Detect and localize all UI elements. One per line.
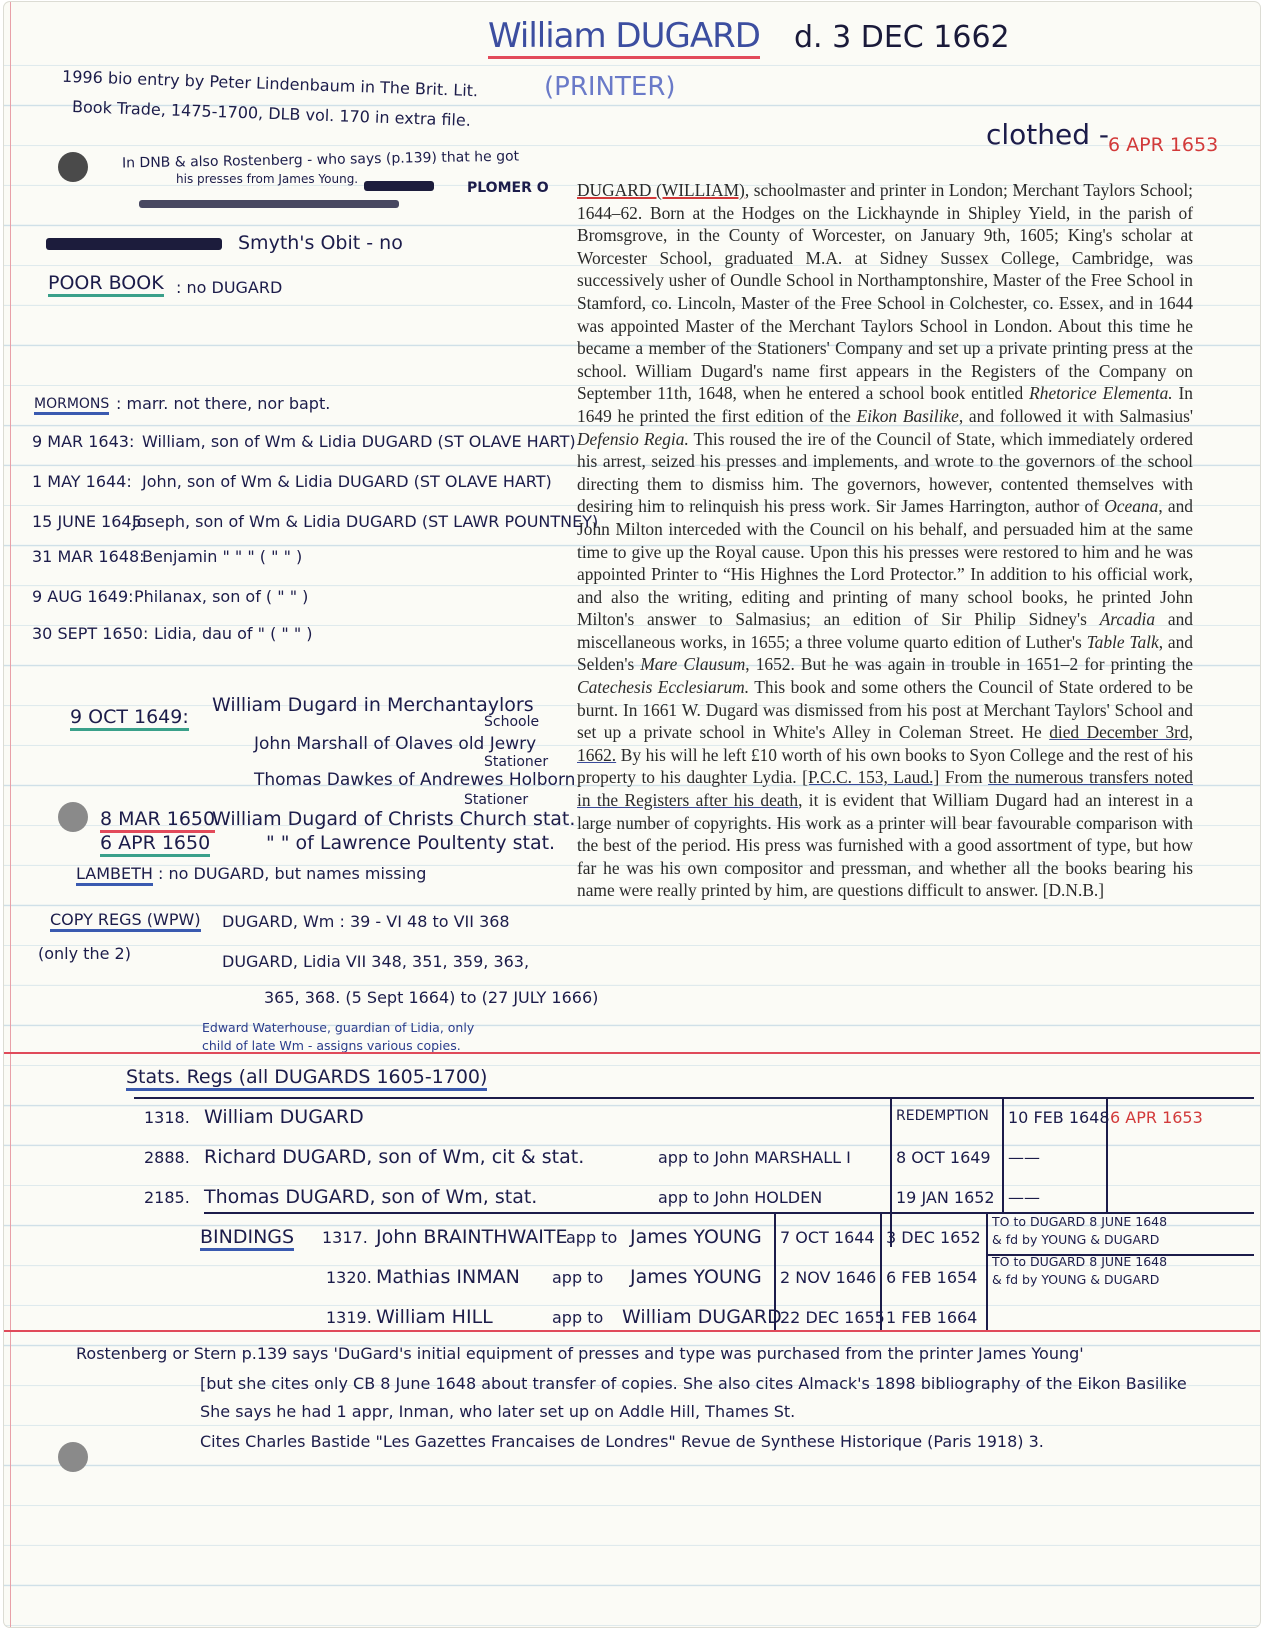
copy-regs-label: COPY REGS (WPW) bbox=[50, 910, 201, 932]
crossed-out-text bbox=[46, 238, 222, 250]
binding-number: 1320. bbox=[326, 1268, 372, 1287]
freedom-date-2: 8 MAR 1650 bbox=[100, 808, 215, 833]
binding-freedom: 1 FEB 1664 bbox=[886, 1308, 977, 1327]
stats-regs-label: Stats. Regs (all DUGARDS 1605-1700) bbox=[126, 1066, 487, 1091]
binding-number: 1317. bbox=[322, 1228, 368, 1247]
register-date: 10 FEB 1648 bbox=[1008, 1108, 1110, 1127]
table-rule bbox=[1002, 1097, 1004, 1212]
table-rule bbox=[890, 1097, 892, 1247]
poor-book-value: : no DUGARD bbox=[176, 278, 282, 297]
plomer-note: PLOMER O bbox=[467, 180, 549, 196]
bottom-note: Rostenberg or Stern p.139 says 'DuGard's… bbox=[76, 1344, 1084, 1363]
page-title: William DUGARD bbox=[488, 16, 760, 59]
freedom-date-3: 6 APR 1650 bbox=[100, 832, 210, 857]
register-freedom: REDEMPTION bbox=[896, 1108, 989, 1124]
register-date: —— bbox=[1008, 1188, 1040, 1207]
role-label: (PRINTER) bbox=[544, 72, 676, 102]
baptism-entry: John, son of Wm & Lidia DUGARD (ST OLAVE… bbox=[142, 472, 552, 491]
margin-rule bbox=[10, 2, 11, 1627]
register-number: 2888. bbox=[144, 1148, 190, 1167]
clothed-date: 6 APR 1653 bbox=[1108, 134, 1218, 156]
bottom-note: Cites Charles Bastide "Les Gazettes Fran… bbox=[200, 1432, 1044, 1451]
dnb-entry-heading: DUGARD (WILLIAM) bbox=[577, 180, 745, 200]
copy-regs-line4: Edward Waterhouse, guardian of Lidia, on… bbox=[202, 1020, 474, 1035]
register-number: 2185. bbox=[144, 1188, 190, 1207]
freedom-line-3: " " of Lawrence Poultenty stat. bbox=[266, 832, 555, 854]
bio-note-line2: Book Trade, 1475-1700, DLB vol. 170 in e… bbox=[72, 97, 471, 130]
register-number: 1318. bbox=[144, 1108, 190, 1127]
binding-master: James YOUNG bbox=[630, 1266, 762, 1288]
binding-app: app to bbox=[552, 1268, 603, 1287]
freedom-line: Thomas Dawkes of Andrewes Holborn bbox=[254, 770, 575, 790]
baptism-entry: Philanax, son of ( " " ) bbox=[134, 587, 308, 606]
copy-regs-line5: child of late Wm - assigns various copie… bbox=[202, 1038, 461, 1053]
copy-regs-line2: DUGARD, Lidia VII 348, 351, 359, 363, bbox=[222, 952, 529, 971]
clothed-label: clothed - bbox=[986, 118, 1109, 151]
smyth-note: Smyth's Obit - no bbox=[238, 232, 403, 254]
baptism-entry: Benjamin " " " ( " " ) bbox=[142, 547, 302, 566]
bottom-note: [but she cites only CB 8 June 1648 about… bbox=[200, 1374, 1187, 1393]
binding-app: app to bbox=[552, 1308, 603, 1327]
binding-name: Mathias INMAN bbox=[376, 1266, 520, 1288]
register-clothed: 6 APR 1653 bbox=[1110, 1108, 1203, 1127]
lambeth-label: LAMBETH bbox=[76, 864, 153, 886]
binding-note: & fd by YOUNG & DUGARD bbox=[992, 1232, 1159, 1247]
binding-date: 7 OCT 1644 bbox=[780, 1228, 875, 1247]
punch-hole bbox=[58, 1442, 88, 1472]
binding-master: William DUGARD bbox=[622, 1306, 782, 1328]
binding-app: app to bbox=[566, 1228, 617, 1247]
freedom-line: William Dugard in Merchantaylors bbox=[212, 694, 534, 716]
register-name: Richard DUGARD, son of Wm, cit & stat. bbox=[204, 1146, 584, 1168]
baptism-entry: Lidia, dau of " ( " " ) bbox=[154, 624, 313, 643]
copy-regs-line3: 365, 368. (5 Sept 1664) to (27 JULY 1666… bbox=[264, 988, 598, 1007]
freedom-line: John Marshall of Olaves old Jewry bbox=[254, 734, 536, 754]
freedom-line: Schoole bbox=[484, 714, 539, 730]
copy-regs-line1: DUGARD, Wm : 39 - VI 48 to VII 368 bbox=[222, 912, 510, 931]
binding-number: 1319. bbox=[326, 1308, 372, 1327]
binding-name: William HILL bbox=[376, 1306, 493, 1328]
bindings-label: BINDINGS bbox=[200, 1226, 294, 1251]
binding-note: & fd by YOUNG & DUGARD bbox=[992, 1272, 1159, 1287]
freedom-line: Stationer bbox=[484, 754, 548, 770]
punch-hole bbox=[58, 802, 88, 832]
baptism-date: 9 AUG 1649: bbox=[32, 587, 134, 606]
baptism-entry: Joseph, son of Wm & Lidia DUGARD (ST LAW… bbox=[132, 512, 598, 531]
section-divider bbox=[4, 1052, 1260, 1054]
freedom-line-2: William Dugard of Christs Church stat. bbox=[212, 808, 575, 830]
register-freedom: 19 JAN 1652 bbox=[896, 1188, 995, 1207]
binding-note: TO to DUGARD 8 JUNE 1648 bbox=[992, 1254, 1167, 1269]
baptism-date: 31 MAR 1648: bbox=[32, 547, 145, 566]
mormons-label: MORMONS bbox=[34, 396, 109, 415]
binding-freedom: 6 FEB 1654 bbox=[886, 1268, 977, 1287]
register-date: —— bbox=[1008, 1148, 1040, 1167]
binding-note: TO to DUGARD 8 JUNE 1648 bbox=[992, 1214, 1167, 1229]
crossed-out-text bbox=[139, 200, 399, 208]
bottom-note: She says he had 1 appr, Inman, who later… bbox=[200, 1402, 795, 1421]
baptism-date: 30 SEPT 1650: bbox=[32, 624, 148, 643]
baptism-date: 15 JUNE 1645: bbox=[32, 512, 147, 531]
baptism-entry: William, son of Wm & Lidia DUGARD (ST OL… bbox=[142, 432, 576, 451]
register-apprenticeship: app to John HOLDEN bbox=[658, 1188, 822, 1207]
baptism-date: 9 MAR 1643: bbox=[32, 432, 134, 451]
punch-hole bbox=[58, 152, 88, 182]
dnb-note-line2: his presses from James Young. bbox=[176, 172, 358, 186]
poor-book-label: POOR BOOK bbox=[48, 272, 164, 297]
section-divider bbox=[4, 1330, 1260, 1332]
binding-name: John BRAINTHWAITE bbox=[376, 1226, 567, 1248]
freedom-line: Stationer bbox=[464, 792, 528, 808]
dnb-note-line1: In DNB & also Rostenberg - who says (p.1… bbox=[122, 149, 519, 172]
mormons-note: : marr. not there, nor bapt. bbox=[116, 394, 330, 413]
binding-freedom: 3 DEC 1652 bbox=[886, 1228, 981, 1247]
notebook-page: William DUGARD d. 3 DEC 1662 (PRINTER) c… bbox=[4, 2, 1260, 1627]
table-rule bbox=[986, 1212, 988, 1332]
register-apprenticeship: app to John MARSHALL I bbox=[658, 1148, 851, 1167]
dnb-printed-entry: DUGARD (WILLIAM), schoolmaster and print… bbox=[577, 179, 1193, 902]
baptism-date: 1 MAY 1644: bbox=[32, 472, 132, 491]
crossed-out-text bbox=[364, 181, 434, 191]
register-name: Thomas DUGARD, son of Wm, stat. bbox=[204, 1186, 537, 1208]
table-rule bbox=[134, 1097, 1254, 1099]
register-name: William DUGARD bbox=[204, 1106, 364, 1128]
copy-regs-sub: (only the 2) bbox=[38, 944, 131, 963]
binding-master: James YOUNG bbox=[630, 1226, 762, 1248]
binding-date: 2 NOV 1646 bbox=[780, 1268, 876, 1287]
register-freedom: 8 OCT 1649 bbox=[896, 1148, 991, 1167]
death-date: d. 3 DEC 1662 bbox=[794, 20, 1010, 55]
bio-note-line1: 1996 bio entry by Peter Lindenbaum in Th… bbox=[62, 67, 479, 101]
binding-date: 22 DEC 1655 bbox=[780, 1308, 885, 1327]
freedom-date-1: 9 OCT 1649: bbox=[70, 706, 189, 731]
lambeth-value: : no DUGARD, but names missing bbox=[158, 864, 426, 883]
